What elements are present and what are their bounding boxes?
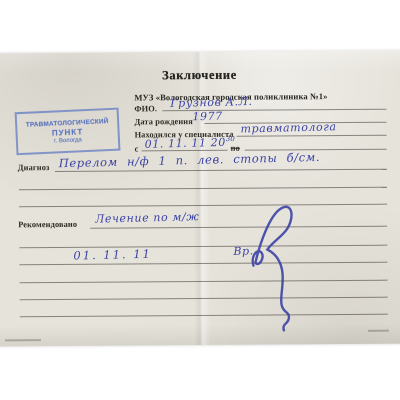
document-title: Заключение [162, 68, 237, 84]
ruled-line [20, 314, 388, 318]
diagnosis-handwritten-value: Перелом н/ф 1 п. лев. стопы б/см. [59, 150, 321, 170]
stamp-city: г. Вологда [54, 137, 82, 144]
fine-print-left [5, 339, 41, 341]
doctor-signature [245, 201, 318, 335]
diagnosis-label: Диагноз [18, 163, 50, 172]
ruled-line [19, 204, 387, 208]
scanned-document-photo: Заключение МУЗ «Вологодская городская по… [0, 0, 400, 400]
period-handwritten-value: 01. 11. 11 2030 [144, 135, 235, 151]
diagnosis-underline [55, 169, 387, 172]
fio-label: ФИО. [134, 104, 157, 113]
period-date-time: 01. 11. 11 20 [144, 136, 226, 151]
ruled-line [19, 187, 387, 191]
fine-print-right [368, 330, 389, 332]
recommended-underline [90, 226, 387, 229]
stamp-line2: ПУНКТ [52, 127, 84, 137]
recommended-handwritten-value: Лечение по м/ж [95, 210, 200, 226]
ruled-line [20, 297, 388, 301]
signature-date-handwritten: 01. 11. 11 [73, 247, 152, 263]
fio-handwritten-value: Грузнов А.Л. [170, 95, 252, 110]
paper-sheet: Заключение МУЗ «Вологодская городская по… [0, 51, 400, 347]
ruled-line [20, 280, 388, 284]
dob-label: Дата рождения [134, 117, 192, 126]
period-from-label: с [135, 144, 139, 153]
traumatology-stamp: ТРАВМАТОЛОГИЧЕСКИЙ ПУНКТ г. Вологда [15, 108, 121, 156]
recommended-label: Рекомендовано [18, 220, 77, 229]
specialist-handwritten-value: травматолога [240, 120, 336, 135]
period-time-superscript: 30 [226, 135, 235, 143]
dob-handwritten-value: 1977 [192, 110, 223, 124]
